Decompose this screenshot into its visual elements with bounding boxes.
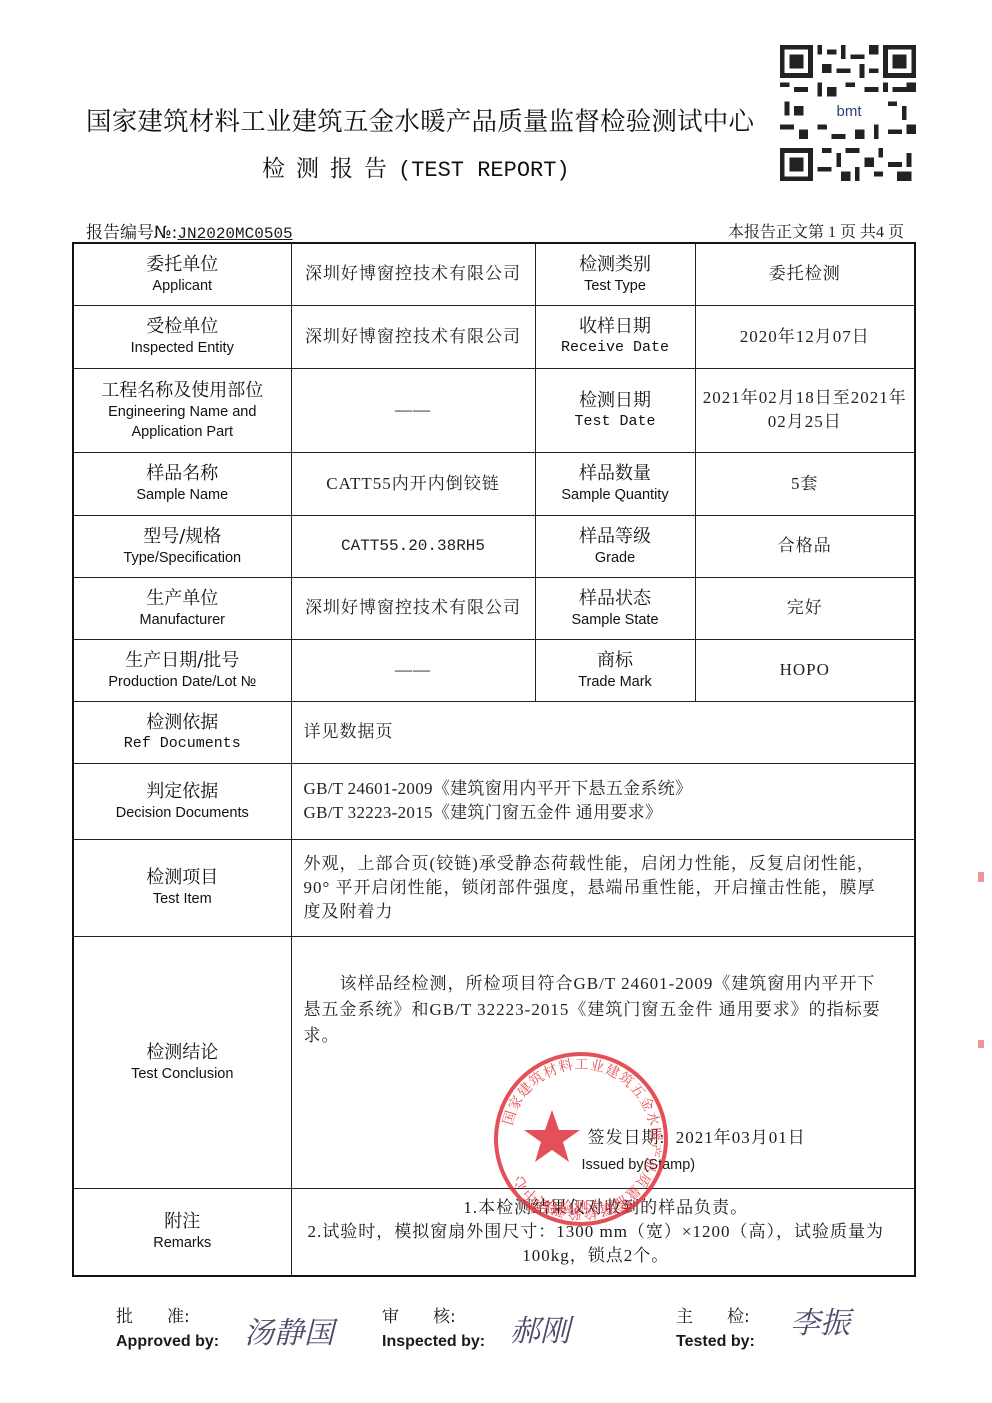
sample-state-value: 完好: [695, 577, 915, 639]
label-cell: 受检单位Inspected Entity: [73, 305, 291, 368]
tested-by-block: 主 检: Tested by:: [676, 1302, 755, 1351]
approved-label-en: Approved by:: [116, 1333, 219, 1351]
test-item-value: 外观，上部合页(铰链)承受静态荷载性能，启闭力性能，反复启闭性能，90° 平开启…: [291, 839, 915, 936]
label-cell: 收样日期Receive Date: [535, 305, 695, 368]
report-number-value: JN2020MC0505: [177, 225, 292, 243]
type-spec-value: CATT55.20.38RH5: [291, 515, 535, 577]
label-cell: 检测项目Test Item: [73, 839, 291, 936]
remark-line: 1.本检测结果仅对收到的样品负责。: [304, 1196, 909, 1220]
decision-document-line: GB/T 24601-2009《建筑窗用内平开下悬五金系统》: [304, 777, 909, 801]
sample-quantity-value: 5套: [695, 452, 915, 515]
table-row-production-date: 生产日期/批号Production Date/Lot № —— 商标Trade …: [73, 639, 915, 701]
tested-label-cn: 主 检:: [676, 1302, 755, 1327]
label-cell: 附注Remarks: [73, 1188, 291, 1276]
label-cell: 工程名称及使用部位Engineering Name and Applicatio…: [73, 368, 291, 452]
production-date-value: ——: [291, 639, 535, 701]
table-row-manufacturer: 生产单位Manufacturer 深圳好博窗控技术有限公司 样品状态Sample…: [73, 577, 915, 639]
decision-documents-value: GB/T 24601-2009《建筑窗用内平开下悬五金系统》 GB/T 3222…: [291, 763, 915, 839]
signature-row: 批 准: Approved by: 汤静国 审 核: Inspected by:…: [0, 1302, 992, 1362]
report-title: 检测报告(TEST REPORT): [262, 150, 570, 183]
approved-by-block: 批 准: Approved by:: [116, 1302, 219, 1351]
label-cell: 商标Trade Mark: [535, 639, 695, 701]
inspected-by-block: 审 核: Inspected by:: [382, 1302, 485, 1351]
bmt-logo: bmt: [826, 97, 872, 127]
decision-document-line: GB/T 32223-2015《建筑门窗五金件 通用要求》: [304, 801, 909, 825]
edge-stamp-mark: [978, 1040, 984, 1048]
inspected-label-cn: 审 核:: [382, 1302, 485, 1327]
grade-value: 合格品: [695, 515, 915, 577]
page-info: 本报告正文第 1 页 共4 页: [728, 219, 904, 242]
report-table: 委托单位Applicant 深圳好博窗控技术有限公司 检测类别Test Type…: [72, 242, 916, 1277]
applicant-value: 深圳好博窗控技术有限公司: [291, 243, 535, 305]
receive-date-value: 2020年12月07日: [695, 305, 915, 368]
approved-signature: 汤静国: [244, 1308, 334, 1352]
test-date-value: 2021年02月18日至2021年02月25日: [695, 368, 915, 452]
tested-signature: 李振: [790, 1298, 850, 1342]
table-row-remarks: 附注Remarks 1.本检测结果仅对收到的样品负责。 2.试验时，模拟窗扇外围…: [73, 1188, 915, 1276]
issue-date: 签发日期: 2021年03月01日: [588, 1123, 806, 1148]
approved-label-cn: 批 准:: [116, 1302, 219, 1327]
ref-documents-value: 详见数据页: [291, 701, 915, 763]
label-cell: 型号/规格Type/Specification: [73, 515, 291, 577]
inspected-label-en: Inspected by:: [382, 1333, 485, 1351]
table-row-type-spec: 型号/规格Type/Specification CATT55.20.38RH5 …: [73, 515, 915, 577]
label-cell: 生产单位Manufacturer: [73, 577, 291, 639]
table-row-sample-name: 样品名称Sample Name CATT55内开内倒铰链 样品数量Sample …: [73, 452, 915, 515]
report-title-cn: 检测报告: [262, 156, 398, 182]
table-row-applicant: 委托单位Applicant 深圳好博窗控技术有限公司 检测类别Test Type…: [73, 243, 915, 305]
table-row-inspected-entity: 受检单位Inspected Entity 深圳好博窗控技术有限公司 收样日期Re…: [73, 305, 915, 368]
issue-date-value: 2021年03月01日: [676, 1128, 806, 1147]
label-cell: 检测日期Test Date: [535, 368, 695, 452]
report-number-label: 报告编号№:: [86, 223, 177, 243]
engineering-name-value: ——: [291, 368, 535, 452]
report-title-en: (TEST REPORT): [398, 158, 570, 183]
trade-mark-value: HOPO: [695, 639, 915, 701]
table-row-engineering-name: 工程名称及使用部位Engineering Name and Applicatio…: [73, 368, 915, 452]
label-cell: 检测类别Test Type: [535, 243, 695, 305]
manufacturer-value: 深圳好博窗控技术有限公司: [291, 577, 535, 639]
issued-by-label: Issued by(Stamp): [582, 1157, 696, 1173]
table-row-test-conclusion: 检测结论Test Conclusion 该样品经检测，所检项目符合GB/T 24…: [73, 936, 915, 1188]
label-cell: 检测依据Ref Documents: [73, 701, 291, 763]
test-type-value: 委托检测: [695, 243, 915, 305]
table-row-ref-documents: 检测依据Ref Documents 详见数据页: [73, 701, 915, 763]
table-row-test-item: 检测项目Test Item 外观，上部合页(铰链)承受静态荷载性能，启闭力性能，…: [73, 839, 915, 936]
label-cell: 检测结论Test Conclusion: [73, 936, 291, 1188]
label-cell: 样品等级Grade: [535, 515, 695, 577]
label-cell: 委托单位Applicant: [73, 243, 291, 305]
label-cell: 样品状态Sample State: [535, 577, 695, 639]
report-number: 报告编号№:JN2020MC0505: [86, 218, 293, 243]
sample-name-value: CATT55内开内倒铰链: [291, 452, 535, 515]
tested-label-en: Tested by:: [676, 1333, 755, 1351]
remark-line: 2.试验时，模拟窗扇外围尺寸：1300 mm（宽）×1200（高），试验质量为1…: [304, 1220, 909, 1268]
label-cell: 样品名称Sample Name: [73, 452, 291, 515]
inspected-signature: 郝刚: [510, 1306, 570, 1350]
issue-date-label: 签发日期:: [588, 1128, 666, 1147]
qr-code-icon: bmt: [780, 45, 916, 181]
label-cell: 样品数量Sample Quantity: [535, 452, 695, 515]
test-conclusion-value: 该样品经检测，所检项目符合GB/T 24601-2009《建筑窗用内平开下悬五金…: [291, 936, 915, 1188]
remarks-value: 1.本检测结果仅对收到的样品负责。 2.试验时，模拟窗扇外围尺寸：1300 mm…: [291, 1188, 915, 1276]
table-row-decision-documents: 判定依据Decision Documents GB/T 24601-2009《建…: [73, 763, 915, 839]
label-cell: 判定依据Decision Documents: [73, 763, 291, 839]
inspected-entity-value: 深圳好博窗控技术有限公司: [291, 305, 535, 368]
label-cell: 生产日期/批号Production Date/Lot №: [73, 639, 291, 701]
edge-stamp-mark: [978, 872, 984, 882]
organization-title: 国家建筑材料工业建筑五金水暖产品质量监督检验测试中心: [86, 102, 754, 138]
